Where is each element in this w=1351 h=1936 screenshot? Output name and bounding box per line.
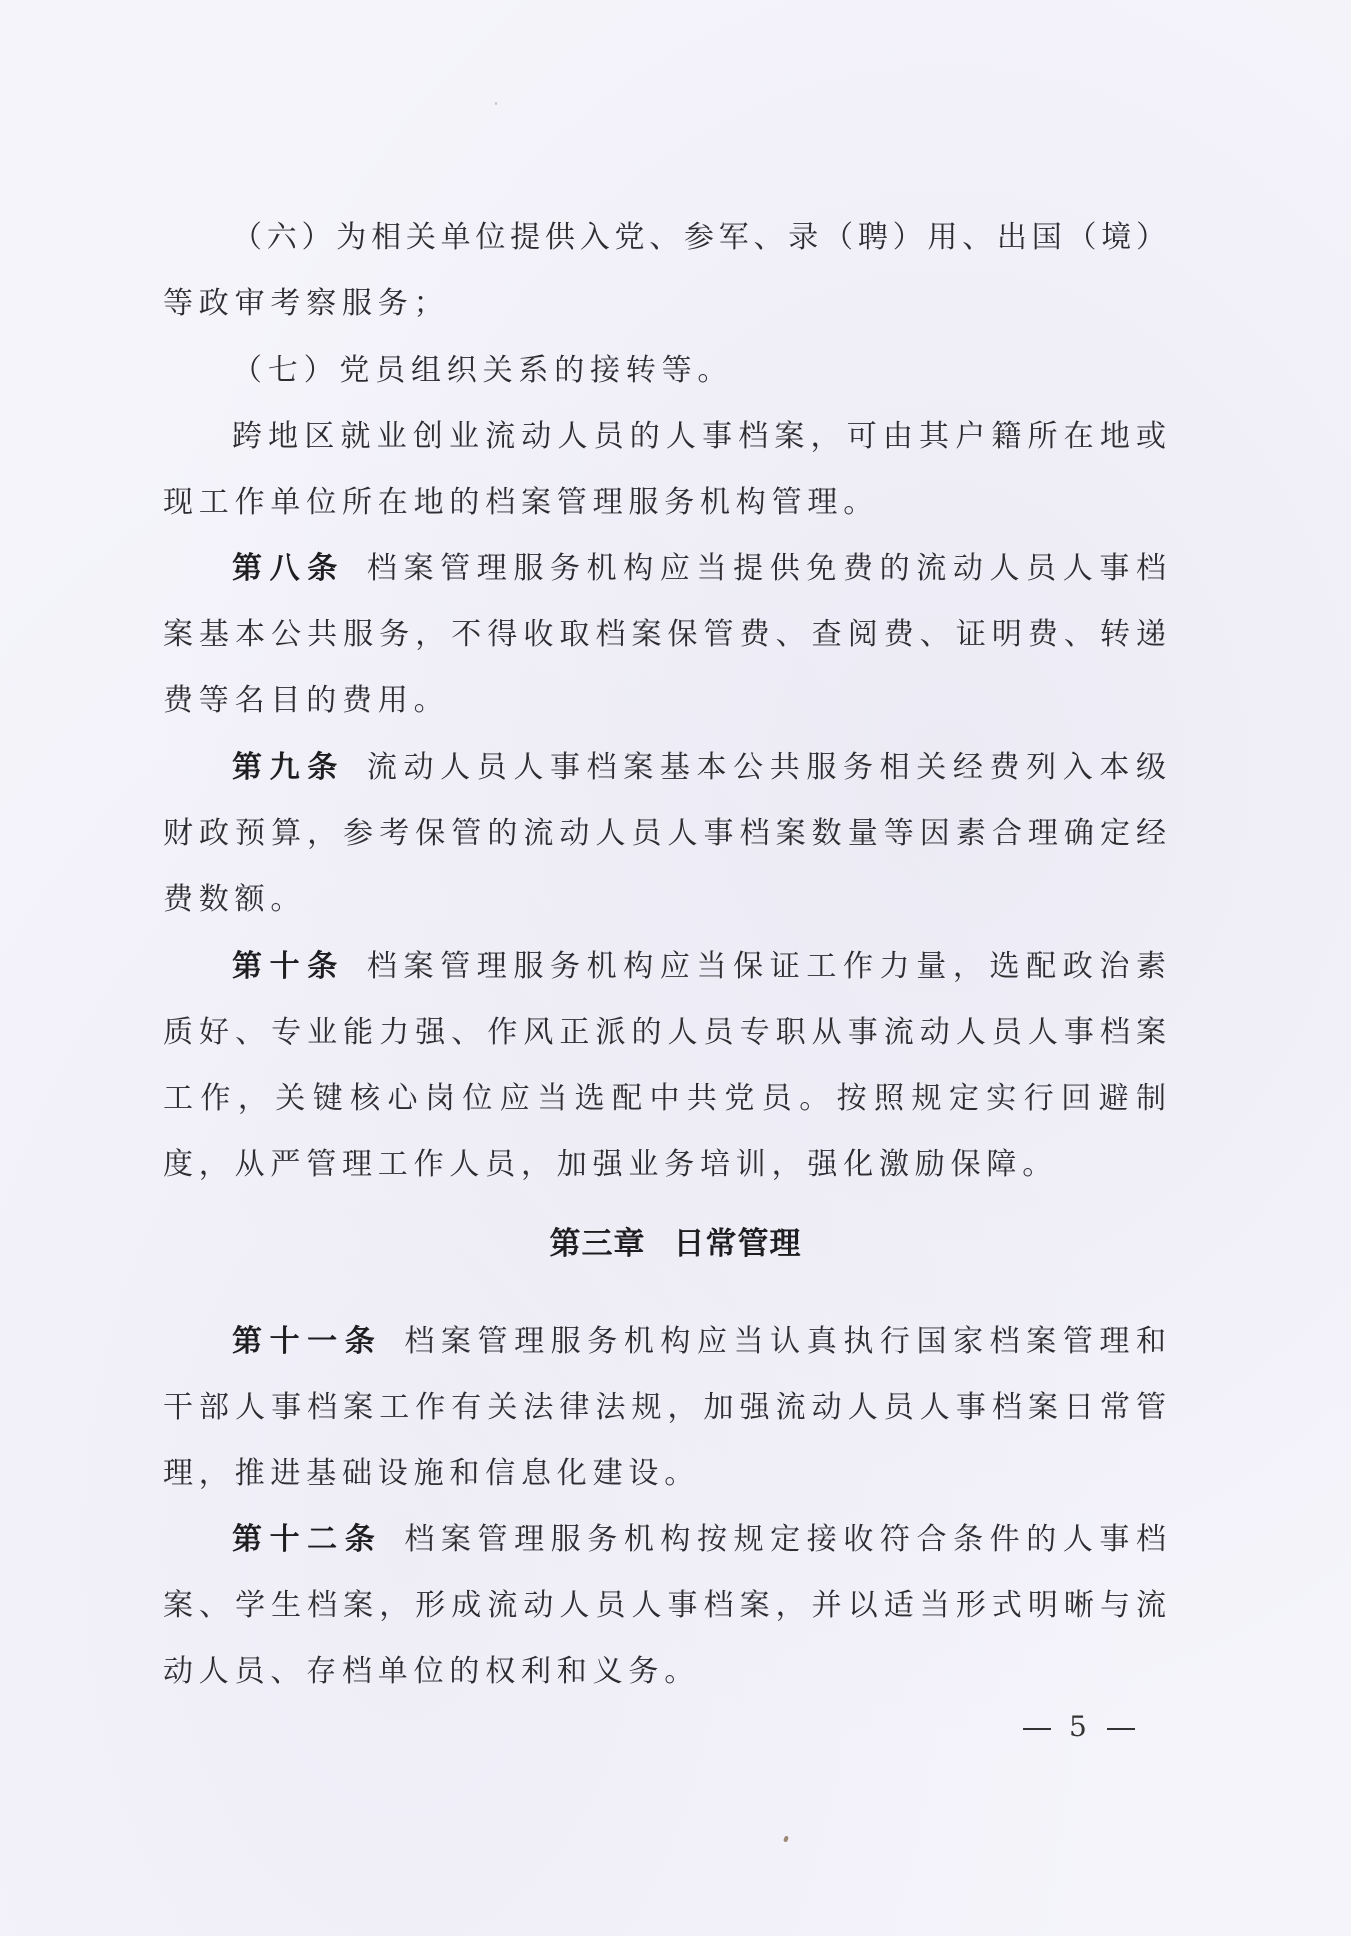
article-12: 第十二条档案管理服务机构按规定接收符合条件的人事档 [232, 1520, 1166, 1560]
article-8: 第八条档案管理服务机构应当提供免费的流动人员人事档 [232, 549, 1166, 589]
article-9-text: 流动人员人事档案基本公共服务相关经费列入本级 [367, 750, 1166, 785]
article-11-text: 档案管理服务机构应当认真执行国家档案管理和 [404, 1324, 1166, 1359]
dash-left [1023, 1728, 1051, 1730]
chapter-heading: 第三章日常管理 [0, 1224, 1351, 1264]
article-9-line: 财政预算，参考保管的流动人员人事档案数量等因素合理确定经 [163, 814, 1166, 854]
article-10-line: 工作，关键核心岗位应当选配中共党员。按照规定实行回避制 [163, 1079, 1166, 1119]
article-8-line: 案基本公共服务，不得收取档案保管费、查阅费、证明费、转递 [163, 615, 1166, 655]
article-9-label: 第九条 [232, 750, 345, 785]
list-item-six-continued: 等政审考察服务； [163, 284, 1166, 324]
scan-speck [495, 102, 497, 105]
article-10-text: 档案管理服务机构应当保证工作力量，选配政治素 [367, 949, 1166, 984]
article-8-text: 档案管理服务机构应当提供免费的流动人员人事档 [367, 551, 1166, 586]
article-11-line: 理，推进基础设施和信息化建设。 [163, 1454, 1166, 1494]
page-number-value: 5 [1069, 1710, 1089, 1743]
article-8-line: 费等名目的费用。 [163, 681, 1166, 721]
article-9-line: 费数额。 [163, 880, 1166, 920]
article-10: 第十条档案管理服务机构应当保证工作力量，选配政治素 [232, 947, 1166, 987]
scan-speck [783, 1835, 789, 1842]
article-10-line: 度，从严管理工作人员，加强业务培训，强化激励保障。 [163, 1145, 1166, 1185]
dash-right [1107, 1728, 1135, 1730]
article-8-label: 第八条 [232, 551, 345, 586]
article-11-label: 第十一条 [232, 1324, 382, 1359]
article-10-line: 质好、专业能力强、作风正派的人员专职从事流动人员人事档案 [163, 1013, 1166, 1053]
chapter-number: 第三章 [550, 1226, 646, 1262]
article-12-label: 第十二条 [232, 1522, 382, 1557]
article-12-line: 案、学生档案，形成流动人员人事档案，并以适当形式明晰与流 [163, 1586, 1166, 1626]
list-item-six: （六）为相关单位提供入党、参军、录（聘）用、出国（境） [232, 218, 1166, 258]
article-12-line: 动人员、存档单位的权利和义务。 [163, 1652, 1166, 1692]
article-10-label: 第十条 [232, 949, 345, 984]
paragraph-cross-region: 跨地区就业创业流动人员的人事档案，可由其户籍所在地或 [232, 417, 1166, 457]
article-12-text: 档案管理服务机构按规定接收符合条件的人事档 [404, 1522, 1166, 1557]
list-item-seven: （七）党员组织关系的接转等。 [232, 351, 1166, 391]
page-number: 5 [1005, 1710, 1153, 1744]
article-11-line: 干部人事档案工作有关法律法规，加强流动人员人事档案日常管 [163, 1388, 1166, 1428]
paragraph-cross-region-continued: 现工作单位所在地的档案管理服务机构管理。 [163, 483, 1166, 523]
document-page: （六）为相关单位提供入党、参军、录（聘）用、出国（境） 等政审考察服务； （七）… [0, 0, 1351, 1936]
article-11: 第十一条档案管理服务机构应当认真执行国家档案管理和 [232, 1322, 1166, 1362]
article-9: 第九条流动人员人事档案基本公共服务相关经费列入本级 [232, 748, 1166, 788]
chapter-title: 日常管理 [674, 1226, 802, 1262]
